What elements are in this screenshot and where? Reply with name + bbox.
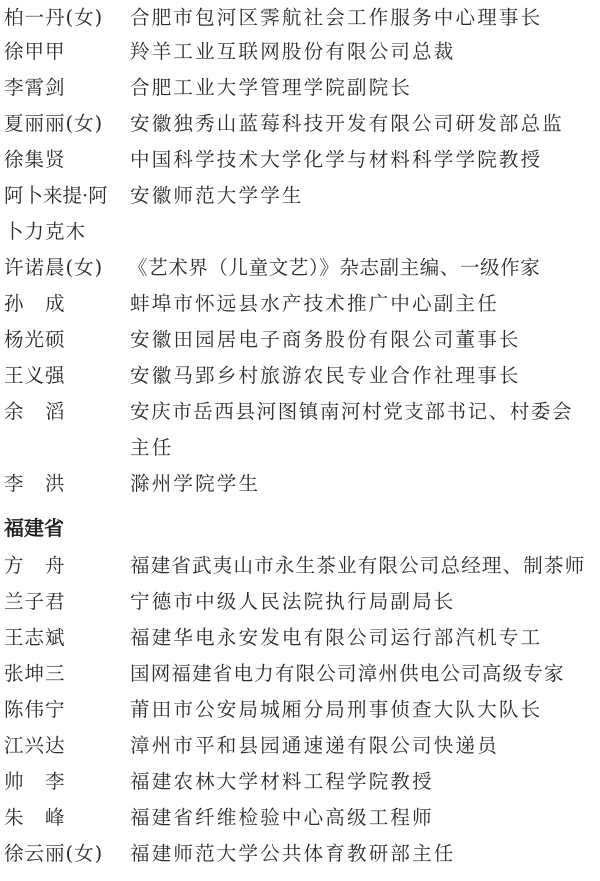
person-name: 徐甲甲 xyxy=(4,34,66,70)
list-entry: 孙 成蚌埠市怀远县水产技术推广中心副主任 xyxy=(0,286,600,322)
person-title: 福建师范大学公共体育教研部主任 xyxy=(130,836,456,872)
list-entry: 杨光硕安徽田园居电子商务股份有限公司董事长 xyxy=(0,322,600,358)
list-entry: 王义强安徽马郢乡村旅游农民专业合作社理事长 xyxy=(0,358,600,394)
list-entry: 阿卜来提·阿安徽师范大学学生 xyxy=(0,178,600,214)
list-entry: 朱 峰福建省纤维检验中心高级工程师 xyxy=(0,800,600,836)
person-name: 柏一丹(女) xyxy=(4,0,103,36)
person-title: 福建省武夷山市永生茶业有限公司总经理、制茶师 xyxy=(130,548,585,584)
list-entry: 许诺晨(女)《艺术界（儿童文艺）》杂志副主编、一级作家 xyxy=(0,250,600,286)
list-entry: 方 舟福建省武夷山市永生茶业有限公司总经理、制茶师 xyxy=(0,548,600,584)
person-title: 国网福建省电力有限公司漳州供电公司高级专家 xyxy=(130,656,565,692)
person-name: 朱 峰 xyxy=(4,800,66,836)
person-title: 羚羊工业互联网股份有限公司总裁 xyxy=(130,34,456,70)
person-name: 陈伟宁 xyxy=(4,692,66,728)
person-title: 福建省纤维检验中心高级工程师 xyxy=(130,800,434,836)
list-entry-continuation: 主任 xyxy=(0,430,600,466)
person-name: 杨光硕 xyxy=(4,322,66,358)
person-name: 帅 李 xyxy=(4,764,66,800)
person-name: 江兴达 xyxy=(4,728,66,764)
person-title: 安徽田园居电子商务股份有限公司董事长 xyxy=(130,322,521,358)
person-title: 蚌埠市怀远县水产技术推广中心副主任 xyxy=(130,286,499,322)
person-title: 安徽师范大学学生 xyxy=(130,178,304,214)
person-title: 安庆市岳西县河图镇南河村党支部书记、村委会 xyxy=(130,394,573,430)
list-entry: 李霄剑合肥工业大学管理学院副院长 xyxy=(0,70,600,106)
list-entry: 张坤三国网福建省电力有限公司漳州供电公司高级专家 xyxy=(0,656,600,692)
person-title: 安徽独秀山蓝莓科技开发有限公司研发部总监 xyxy=(130,106,564,142)
list-entry: 徐云丽(女)福建师范大学公共体育教研部主任 xyxy=(0,836,600,872)
list-entry: 兰子君宁德市中级人民法院执行局副局长 xyxy=(0,584,600,620)
person-title: 莆田市公安局城厢分局刑事侦查大队大队长 xyxy=(130,692,542,728)
person-name: 许诺晨(女) xyxy=(4,250,103,286)
person-name: 孙 成 xyxy=(4,286,66,322)
person-name: 夏丽丽(女) xyxy=(4,106,103,142)
person-name: 方 舟 xyxy=(4,548,66,584)
list-entry: 徐集贤中国科学技术大学化学与材料科学学院教授 xyxy=(0,142,600,178)
list-entry: 陈伟宁莆田市公安局城厢分局刑事侦查大队大队长 xyxy=(0,692,600,728)
person-name: 卜力克木 xyxy=(4,214,86,250)
person-title: 主任 xyxy=(130,430,173,466)
person-title: 合肥市包河区霁航社会工作服务中心理事长 xyxy=(130,0,542,36)
person-title: 合肥工业大学管理学院副院长 xyxy=(130,70,412,106)
list-entry: 夏丽丽(女)安徽独秀山蓝莓科技开发有限公司研发部总监 xyxy=(0,106,600,142)
person-title: 滁州学院学生 xyxy=(130,466,260,502)
person-title: 福建农林大学材料工程学院教授 xyxy=(130,764,434,800)
person-name: 张坤三 xyxy=(4,656,66,692)
list-entry: 柏一丹(女)合肥市包河区霁航社会工作服务中心理事长 xyxy=(0,0,600,36)
person-title: 中国科学技术大学化学与材料科学学院教授 xyxy=(130,142,542,178)
list-entry: 帅 李福建农林大学材料工程学院教授 xyxy=(0,764,600,800)
person-name: 余 滔 xyxy=(4,394,66,430)
list-entry: 徐甲甲羚羊工业互联网股份有限公司总裁 xyxy=(0,34,600,70)
person-name: 阿卜来提·阿 xyxy=(4,178,108,214)
list-entry-continuation: 卜力克木 xyxy=(0,214,600,250)
person-name: 兰子君 xyxy=(4,584,66,620)
list-entry: 余 滔安庆市岳西县河图镇南河村党支部书记、村委会 xyxy=(0,394,600,430)
person-title: 福建华电永安发电有限公司运行部汽机专工 xyxy=(130,620,542,656)
person-name: 王志斌 xyxy=(4,620,66,656)
person-name: 徐云丽(女) xyxy=(4,836,103,872)
person-title: 宁德市中级人民法院执行局副局长 xyxy=(130,584,456,620)
person-title: 安徽马郢乡村旅游农民专业合作社理事长 xyxy=(130,358,521,394)
person-title: 《艺术界（儿童文艺）》杂志副主编、一级作家 xyxy=(128,250,540,286)
person-name: 李 洪 xyxy=(4,466,66,502)
list-entry: 王志斌福建华电永安发电有限公司运行部汽机专工 xyxy=(0,620,600,656)
person-name: 王义强 xyxy=(4,358,66,394)
list-entry: 江兴达漳州市平和县园通速递有限公司快递员 xyxy=(0,728,600,764)
list-entry: 李 洪滁州学院学生 xyxy=(0,466,600,502)
person-name: 徐集贤 xyxy=(4,142,66,178)
person-name: 李霄剑 xyxy=(4,70,66,106)
person-title: 漳州市平和县园通速递有限公司快递员 xyxy=(130,728,499,764)
province-heading: 福建省 xyxy=(4,510,64,546)
